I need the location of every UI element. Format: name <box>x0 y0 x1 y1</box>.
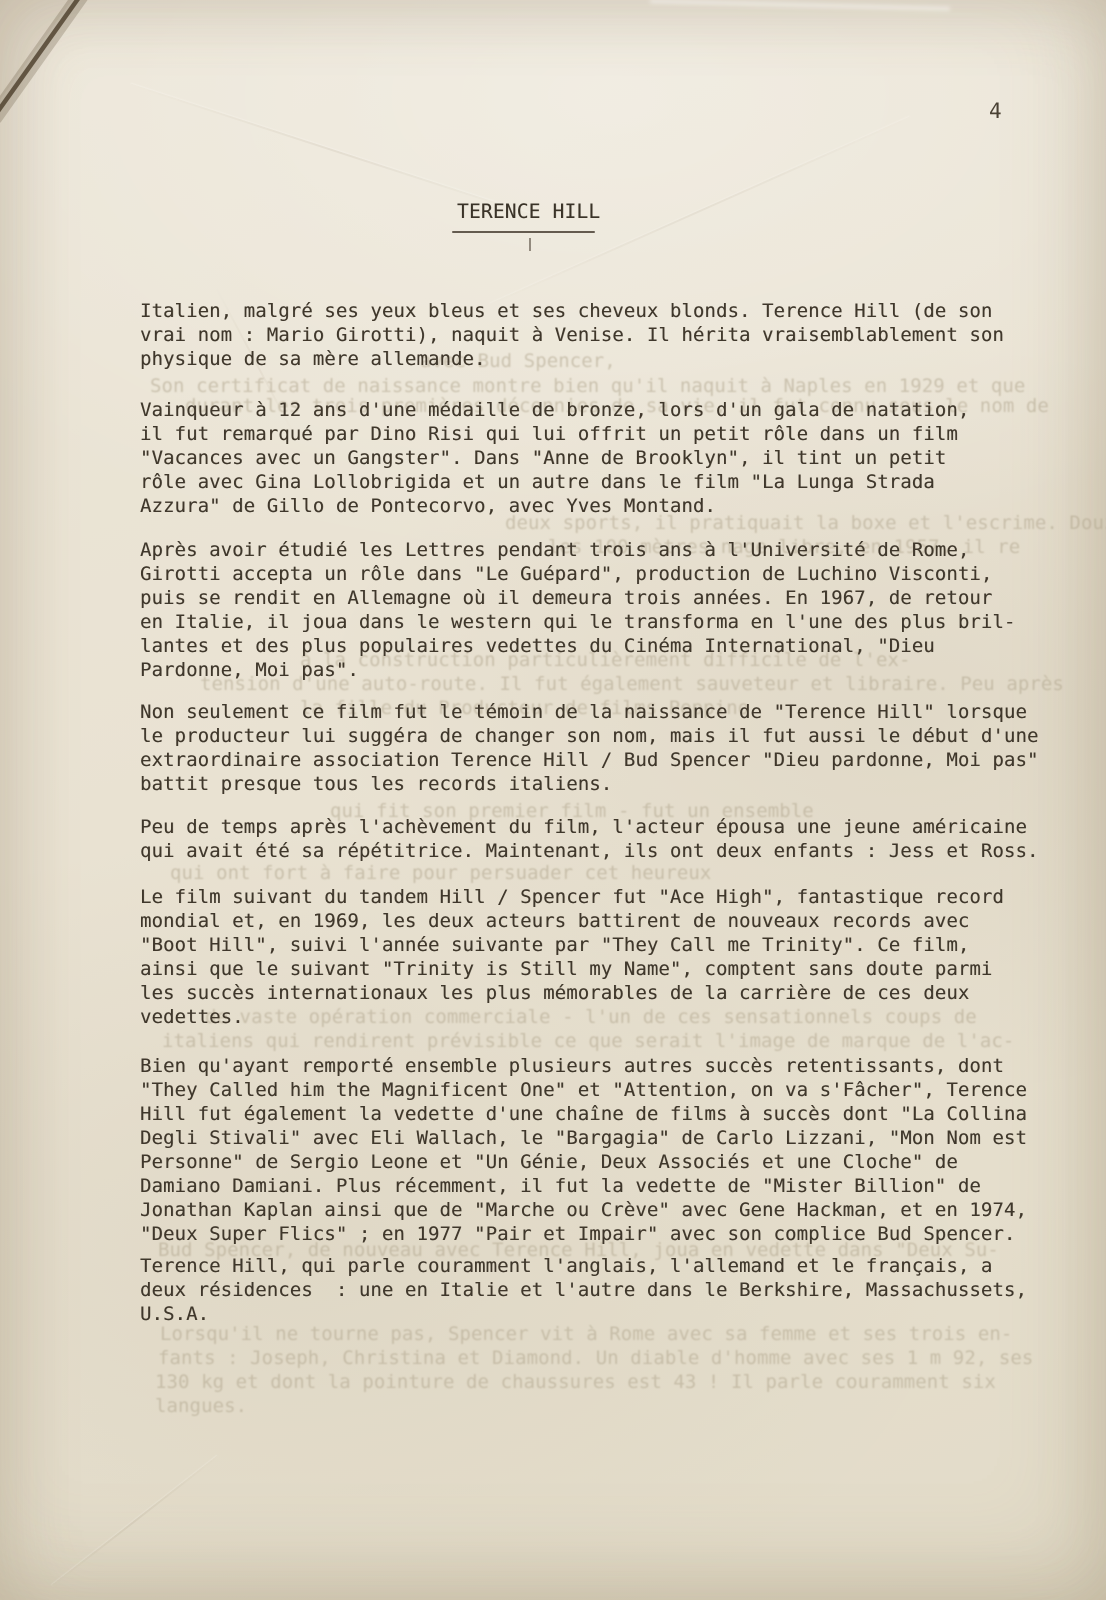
body-paragraph: Vainqueur à 12 ans d'une médaille de bro… <box>140 398 969 518</box>
scanned-document-page: 4 TERENCE HILL Son certificat de naissan… <box>0 0 1106 1600</box>
body-paragraph: Terence Hill, qui parle couramment l'ang… <box>140 1254 1027 1326</box>
bleed-through-line: fants : Joseph, Christina et Diamond. Un… <box>158 1346 1033 1370</box>
paper-edge-highlight <box>650 0 950 11</box>
body-paragraph: Après avoir étudié les Lettres pendant t… <box>140 538 1015 682</box>
bleed-through-line: italiens qui rendirent prévisible ce que… <box>162 1029 1014 1053</box>
body-paragraph: Non seulement ce film fut le témoin de l… <box>140 700 1038 796</box>
corner-fold-crease-icon <box>0 0 140 160</box>
page-title: TERENCE HILL <box>457 200 600 223</box>
bleed-through-line: langues. <box>155 1394 247 1418</box>
bleed-through-line: 130 kg et dont la pointure de chaussures… <box>155 1370 996 1394</box>
bleed-through-line: qui ont fort à faire pour persuader cet … <box>170 861 711 885</box>
body-paragraph: Italien, malgré ses yeux bleus et ses ch… <box>140 299 1004 371</box>
body-paragraph: Bien qu'ayant remporté ensemble plusieur… <box>140 1054 1027 1246</box>
title-underline <box>452 231 595 233</box>
page-number: 4 <box>989 99 1002 123</box>
body-paragraph: Le film suivant du tandem Hill / Spencer… <box>140 885 1004 1029</box>
paper-crease <box>130 84 540 219</box>
title-tick-mark <box>529 238 531 251</box>
body-paragraph: Peu de temps après l'achèvement du film,… <box>140 815 1038 863</box>
paper-crease <box>52 1456 219 1587</box>
